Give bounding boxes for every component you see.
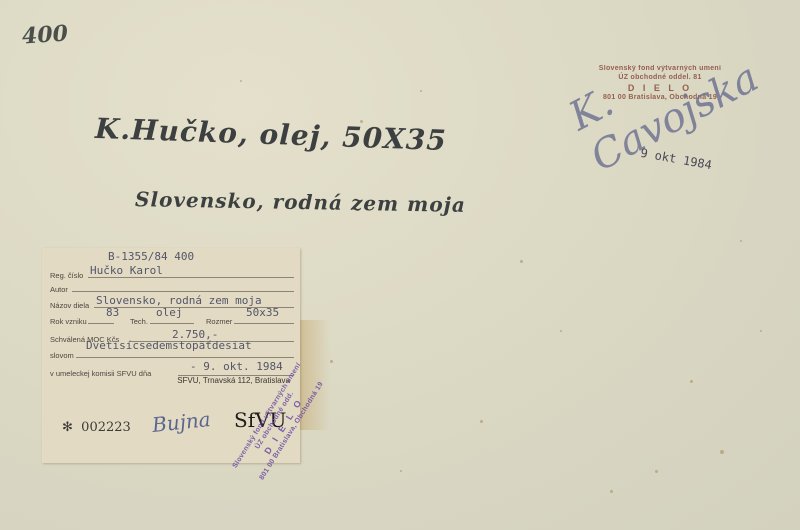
corner-number: 400	[21, 20, 69, 49]
year-value: 83	[106, 306, 119, 319]
size-label: Rozmer	[206, 317, 232, 326]
words-value: Dvetisícsedemstopäťdesiat	[86, 339, 252, 352]
serial-value: 002223	[81, 420, 131, 435]
title-label: Názov diela	[50, 301, 89, 310]
tech-label: Tech.	[130, 317, 148, 326]
author-label: Autor	[50, 285, 68, 294]
asterisk-icon: ✻	[62, 420, 73, 435]
sfvu-address: SFVU, Trnavská 112, Bratislava	[177, 376, 290, 385]
tech-value: olej	[156, 306, 183, 319]
commission-label: v umeleckej komisii SFVU dňa	[50, 369, 151, 378]
author-value: Hučko Karol	[90, 264, 163, 277]
row-year-tech-size: Rok vzniku 83 Tech. olej Rozmer 50x35	[50, 310, 294, 326]
row-author: Autor	[50, 278, 294, 294]
date-right: 9 okt 1984	[639, 146, 713, 172]
reg-number: B-1355/84 400	[108, 250, 194, 263]
words-label: slovom	[50, 351, 74, 360]
serial-number: ✻ 002223	[62, 420, 131, 435]
year-label: Rok vzniku	[50, 317, 87, 326]
handwritten-author-line: K.Hučko, olej, 50X35	[95, 112, 448, 157]
size-value: 50x35	[246, 306, 279, 319]
commission-date: - 9. okt. 1984	[190, 360, 283, 373]
row-words: slovom Dvetisícsedemstopäťdesiat	[50, 344, 294, 360]
handwritten-title-line: Slovensko, rodná zem moja	[135, 187, 466, 217]
label-signature: Bujna	[151, 407, 212, 437]
